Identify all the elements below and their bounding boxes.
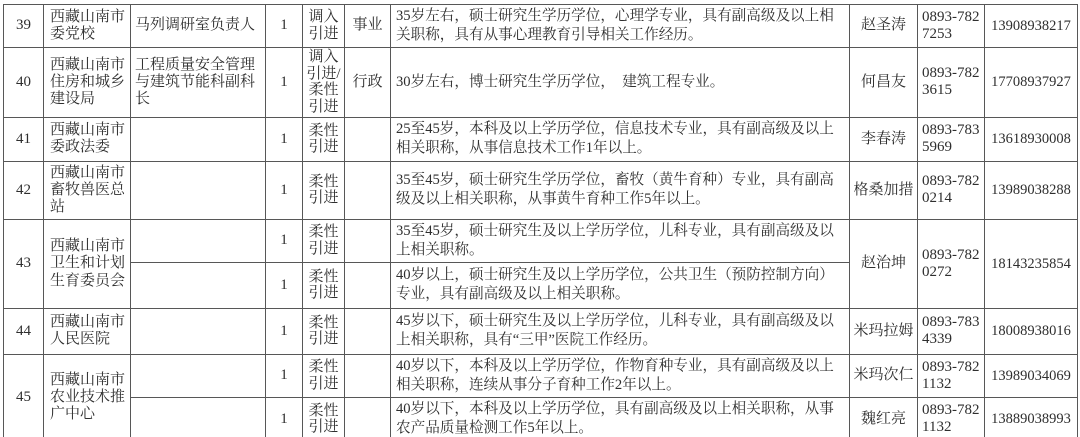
- cell-count: 1: [266, 5, 303, 48]
- cell-category: [345, 117, 391, 161]
- cell-contact: 格桑加措: [850, 161, 918, 219]
- cell-method: 调入引进: [303, 5, 345, 48]
- cell-category: [345, 308, 391, 354]
- cell-org: 西藏山南市人民医院: [44, 308, 131, 354]
- cell-method: 柔性引进: [303, 262, 345, 308]
- cell-no: 45: [4, 354, 44, 437]
- cell-method: 柔性引进: [303, 308, 345, 354]
- cell-mobile: 18143235854: [985, 219, 1078, 308]
- table-row: 42 西藏山南市畜牧兽医总站 1 柔性引进 35至45岁，硕士研究生学历学位，畜…: [4, 161, 1078, 219]
- cell-count: 1: [266, 161, 303, 219]
- cell-position: [131, 397, 266, 437]
- cell-position: [131, 354, 266, 397]
- cell-no: 40: [4, 47, 44, 117]
- cell-org: 西藏山南市住房和城乡建设局: [44, 47, 131, 117]
- cell-count: 1: [266, 354, 303, 397]
- cell-method: 调入引进/柔性引进: [303, 47, 345, 117]
- cell-mobile: 13889038993: [985, 397, 1078, 437]
- cell-position: [131, 262, 266, 308]
- cell-requirement: 35岁左右，硕士研究生学历学位，心理学专业，具有副高级及以上相关职称，具有从事心…: [391, 5, 850, 48]
- cell-phone: 0893-7827253: [918, 5, 985, 48]
- cell-phone: 0893-7823615: [918, 47, 985, 117]
- cell-requirement: 25至45岁，本科及以上学历学位，信息技术专业，具有副高级及以上相关职称，从事信…: [391, 117, 850, 161]
- cell-phone: 0893-7821132: [918, 354, 985, 397]
- cell-mobile: 13989038288: [985, 161, 1078, 219]
- table-row: 41 西藏山南市委政法委 1 柔性引进 25至45岁，本科及以上学历学位，信息技…: [4, 117, 1078, 161]
- cell-category: [345, 219, 391, 262]
- cell-position: [131, 161, 266, 219]
- cell-org: 西藏山南市卫生和计划生育委员会: [44, 219, 131, 308]
- cell-contact: 李春涛: [850, 117, 918, 161]
- cell-count: 1: [266, 47, 303, 117]
- cell-category: [345, 161, 391, 219]
- cell-position: [131, 308, 266, 354]
- cell-requirement: 30岁左右，博士研究生学历学位， 建筑工程专业。: [391, 47, 850, 117]
- cell-method: 柔性引进: [303, 219, 345, 262]
- cell-requirement: 40岁以上，硕士研究生及以上学历学位，公共卫生（预防控制方向）专业，具有副高级及…: [391, 262, 850, 308]
- cell-category: [345, 354, 391, 397]
- cell-mobile: 18008938016: [985, 308, 1078, 354]
- cell-category: 行政: [345, 47, 391, 117]
- cell-contact: 米玛次仁: [850, 354, 918, 397]
- cell-position: [131, 117, 266, 161]
- cell-category: 事业: [345, 5, 391, 48]
- cell-count: 1: [266, 397, 303, 437]
- cell-requirement: 40岁以下，本科及以上学历学位，具有副高级及以上相关职称，从事农产品质量检测工作…: [391, 397, 850, 437]
- cell-count: 1: [266, 262, 303, 308]
- table-row: 44 西藏山南市人民医院 1 柔性引进 45岁以下，硕士研究生及以上学历学位，儿…: [4, 308, 1078, 354]
- table-row: 39 西藏山南市委党校 马列调研室负责人 1 调入引进 事业 35岁左右，硕士研…: [4, 5, 1078, 48]
- cell-method: 柔性引进: [303, 117, 345, 161]
- cell-method: 柔性引进: [303, 354, 345, 397]
- cell-phone: 0893-7821132: [918, 397, 985, 437]
- cell-requirement: 35至45岁，硕士研究生学历学位，畜牧（黄牛育种）专业，具有副高级及以上相关职称…: [391, 161, 850, 219]
- table-row: 43 西藏山南市卫生和计划生育委员会 1 柔性引进 35至45岁，硕士研究生及以…: [4, 219, 1078, 262]
- table-row: 40 西藏山南市住房和城乡建设局 工程质量安全管理与建筑节能科副科长 1 调入引…: [4, 47, 1078, 117]
- cell-mobile: 13989034069: [985, 354, 1078, 397]
- cell-phone: 0893-7834339: [918, 308, 985, 354]
- cell-mobile: 17708937927: [985, 47, 1078, 117]
- cell-count: 1: [266, 308, 303, 354]
- cell-requirement: 35至45岁，硕士研究生及以上学历学位，儿科专业，具有副高级及以上相关职称。: [391, 219, 850, 262]
- cell-position: 工程质量安全管理与建筑节能科副科长: [131, 47, 266, 117]
- cell-contact: 何昌友: [850, 47, 918, 117]
- cell-count: 1: [266, 219, 303, 262]
- cell-category: [345, 397, 391, 437]
- cell-org: 西藏山南市委政法委: [44, 117, 131, 161]
- recruitment-table: 39 西藏山南市委党校 马列调研室负责人 1 调入引进 事业 35岁左右，硕士研…: [3, 4, 1078, 437]
- table-row: 1 柔性引进 40岁以下，本科及以上学历学位，具有副高级及以上相关职称，从事农产…: [4, 397, 1078, 437]
- cell-category: [345, 262, 391, 308]
- cell-count: 1: [266, 117, 303, 161]
- cell-no: 42: [4, 161, 44, 219]
- cell-contact: 赵圣涛: [850, 5, 918, 48]
- cell-phone: 0893-7835969: [918, 117, 985, 161]
- cell-org: 西藏山南市委党校: [44, 5, 131, 48]
- cell-mobile: 13908938217: [985, 5, 1078, 48]
- cell-phone: 0893-7820214: [918, 161, 985, 219]
- cell-contact: 米玛拉姆: [850, 308, 918, 354]
- cell-org: 西藏山南市畜牧兽医总站: [44, 161, 131, 219]
- cell-contact: 魏红亮: [850, 397, 918, 437]
- cell-no: 39: [4, 5, 44, 48]
- cell-no: 44: [4, 308, 44, 354]
- cell-no: 43: [4, 219, 44, 308]
- table-row: 45 西藏山南市农业技术推广中心 1 柔性引进 40岁以下，本科及以上学历学位，…: [4, 354, 1078, 397]
- cell-position: [131, 219, 266, 262]
- cell-contact: 赵治坤: [850, 219, 918, 308]
- cell-method: 柔性引进: [303, 397, 345, 437]
- cell-org: 西藏山南市农业技术推广中心: [44, 354, 131, 437]
- cell-phone: 0893-7820272: [918, 219, 985, 308]
- cell-mobile: 13618930008: [985, 117, 1078, 161]
- cell-position: 马列调研室负责人: [131, 5, 266, 48]
- cell-requirement: 40岁以下，本科及以上学历学位，作物育种专业，具有副高级及以上相关职称，连续从事…: [391, 354, 850, 397]
- cell-requirement: 45岁以下，硕士研究生及以上学历学位，儿科专业，具有副高级及以上相关职称，具有“…: [391, 308, 850, 354]
- cell-method: 柔性引进: [303, 161, 345, 219]
- cell-no: 41: [4, 117, 44, 161]
